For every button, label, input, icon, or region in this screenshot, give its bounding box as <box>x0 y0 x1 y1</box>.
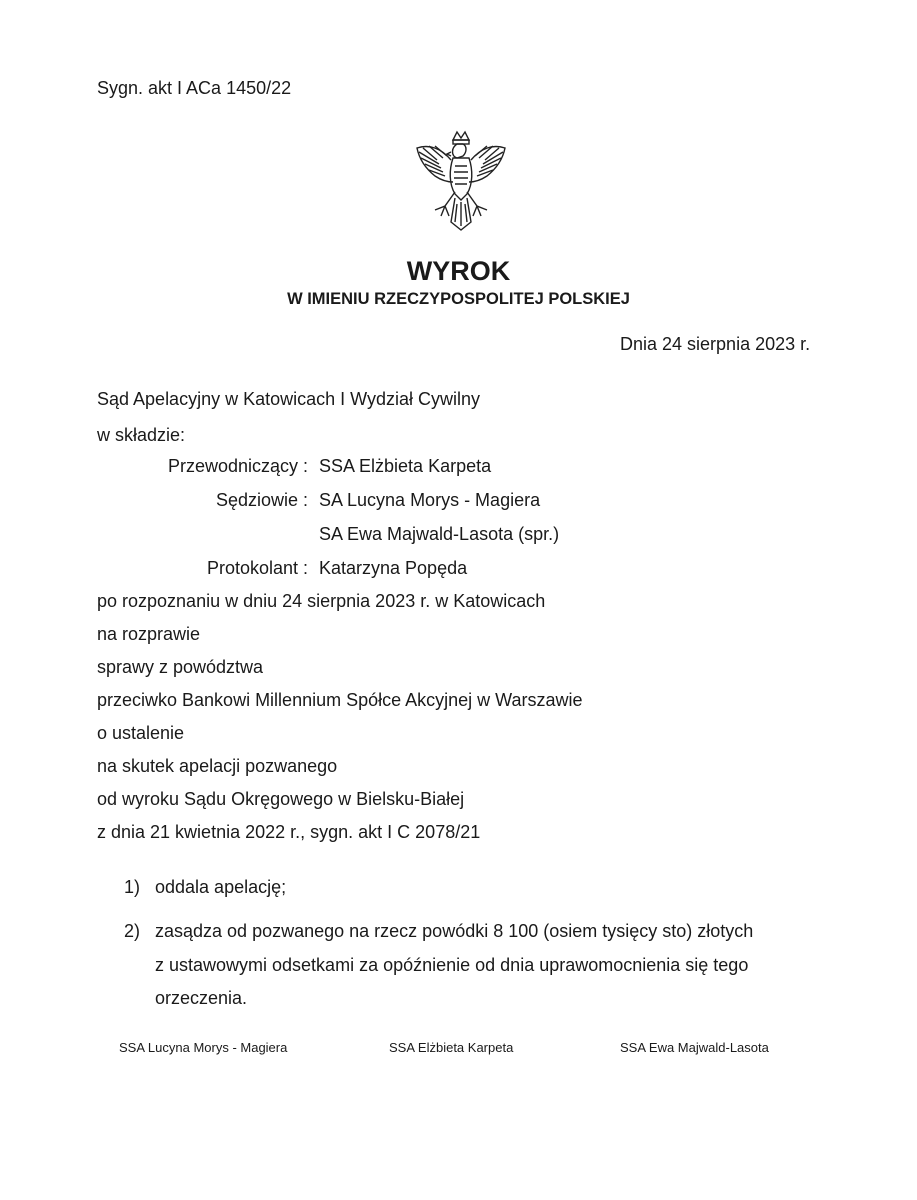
body-line: o ustalenie <box>97 723 184 743</box>
composition-member: SSA Elżbieta Karpeta <box>319 456 491 476</box>
composition-role: Protokolant : <box>88 558 308 578</box>
body-line: z dnia 21 kwietnia 2022 r., sygn. akt I … <box>97 822 480 842</box>
composition-role: Sędziowie : <box>88 490 308 510</box>
case-number: Sygn. akt I ACa 1450/22 <box>97 78 291 98</box>
body-line: od wyroku Sądu Okręgowego w Bielsku-Biał… <box>97 789 464 809</box>
document-subtitle: W IMIENIU RZECZYPOSPOLITEJ POLSKIEJ <box>0 289 917 309</box>
composition-member: SA Lucyna Morys - Magiera <box>319 490 540 510</box>
composition-role: Przewodniczący : <box>88 456 308 476</box>
body-line: na rozprawie <box>97 624 200 644</box>
signature: SSA Ewa Majwald-Lasota <box>620 1040 769 1056</box>
body-line: sprawy z powództwa <box>97 657 263 677</box>
composition-member: SA Ewa Majwald-Lasota (spr.) <box>319 524 559 544</box>
document-title: WYROK <box>0 256 917 286</box>
signature: SSA Lucyna Morys - Magiera <box>119 1040 287 1056</box>
court-name: Sąd Apelacyjny w Katowicach I Wydział Cy… <box>97 389 480 409</box>
body-line: przeciwko Bankowi Millennium Spółce Akcy… <box>97 690 583 710</box>
body-line: po rozpoznaniu w dniu 24 sierpnia 2023 r… <box>97 591 545 611</box>
composition-member: Katarzyna Popęda <box>319 558 467 578</box>
ruling-text: oddala apelację; <box>155 877 286 897</box>
polish-eagle-emblem-icon <box>405 126 517 238</box>
judgment-date: Dnia 24 sierpnia 2023 r. <box>620 334 810 354</box>
ruling-text: zasądza od pozwanego na rzecz powódki 8 … <box>155 921 753 941</box>
signature: SSA Elżbieta Karpeta <box>389 1040 513 1056</box>
ruling-number: 2) <box>124 921 140 941</box>
ruling-number: 1) <box>124 877 140 897</box>
ruling-text: orzeczenia. <box>155 988 247 1008</box>
composition-intro: w składzie: <box>97 425 185 445</box>
ruling-text: z ustawowymi odsetkami za opóźnienie od … <box>155 955 748 975</box>
body-line: na skutek apelacji pozwanego <box>97 756 337 776</box>
